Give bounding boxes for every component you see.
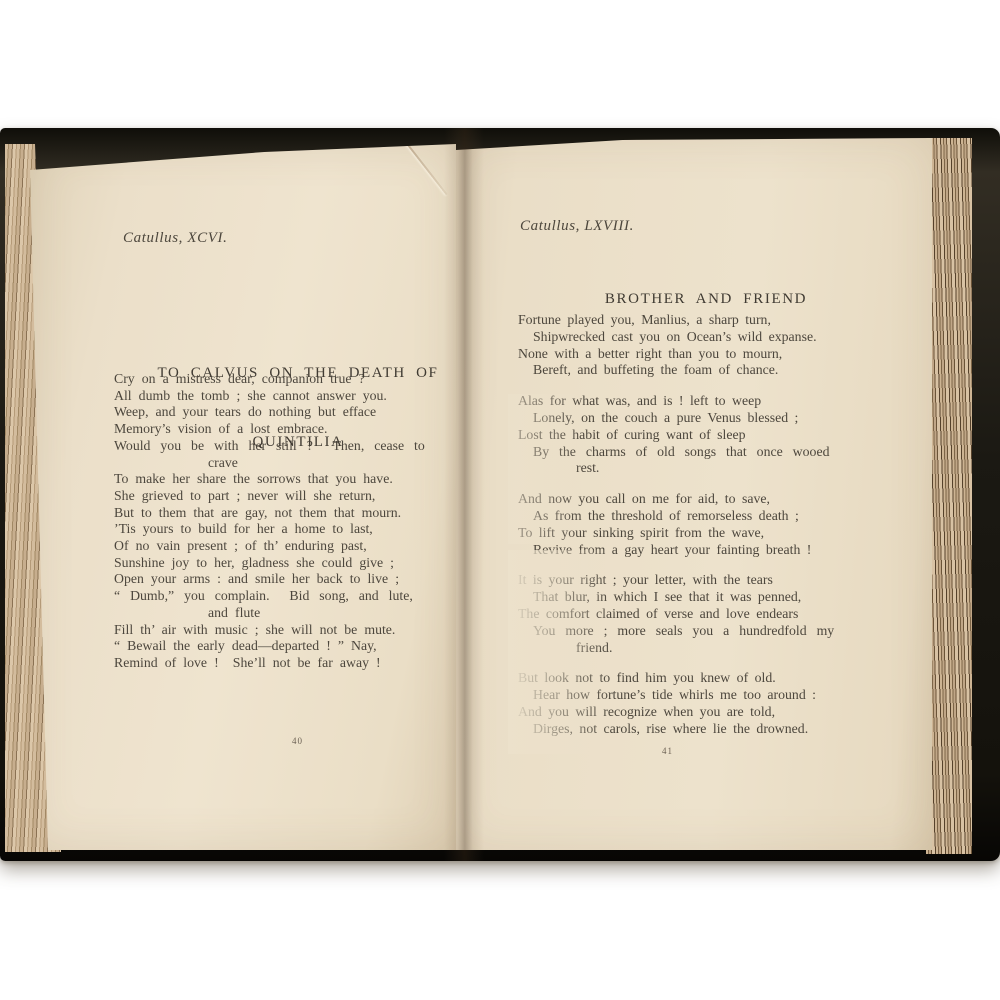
- stanza: But look not to find him you knew of old…: [518, 670, 928, 737]
- right-page-header: Catullus, LXVIII.: [520, 218, 634, 235]
- poem-line: The comfort claimed of verse and love en…: [518, 606, 928, 623]
- poem-line: Weep, and your tears do nothing but effa…: [114, 404, 454, 421]
- stanza: Fortune played you, Manlius, a sharp tur…: [518, 312, 928, 379]
- stanza: Alas for what was, and is ! left to weep…: [518, 393, 928, 477]
- poem-line: To make her share the sorrows that you h…: [114, 471, 454, 488]
- poem-line: And you will recognize when you are told…: [518, 704, 928, 721]
- poem-line: Sunshine joy to her, gladness she could …: [114, 555, 454, 572]
- stanza: It is your right ; your letter, with the…: [518, 572, 928, 656]
- stanza: And now you call on me for aid, to save,…: [518, 491, 928, 558]
- left-page-number: 40: [292, 736, 303, 746]
- page-edges-right: [926, 138, 972, 854]
- poem-line: Remind of love ! She’ll not be far away …: [114, 655, 454, 672]
- poem-line: It is your right ; your letter, with the…: [518, 572, 928, 589]
- right-poem: Fortune played you, Manlius, a sharp tur…: [518, 312, 928, 752]
- poem-line: “ Bewail the early dead—departed ! ” Nay…: [114, 638, 454, 655]
- poem-line: Of no vain present ; of th’ enduring pas…: [114, 538, 454, 555]
- poem-line: “ Dumb,” you complain. Bid song, and lut…: [114, 588, 454, 605]
- poem-line: And now you call on me for aid, to save,: [518, 491, 928, 508]
- right-poem-title: BROTHER AND FRIEND: [486, 288, 926, 311]
- poem-line: Lonely, on the couch a pure Venus blesse…: [518, 410, 928, 427]
- poem-line: Fortune played you, Manlius, a sharp tur…: [518, 312, 928, 329]
- poem-line: Would you be with her still ? Then, ceas…: [114, 438, 454, 455]
- poem-line: Alas for what was, and is ! left to weep: [518, 393, 928, 410]
- poem-line: But to them that are gay, not them that …: [114, 505, 454, 522]
- right-page: Catullus, LXVIII. BROTHER AND FRIEND For…: [456, 138, 932, 850]
- poem-line: ’Tis yours to build for her a home to la…: [114, 521, 454, 538]
- poem-line: Hear how fortune’s tide whirls me too ar…: [518, 687, 928, 704]
- poem-line: Dirges, not carols, rise where lie the d…: [518, 721, 928, 738]
- poem-line: Cry on a mistress dear, companion true ?: [114, 371, 454, 388]
- poem-line: crave: [114, 455, 454, 472]
- poem-line: She grieved to part ; never will she ret…: [114, 488, 454, 505]
- left-poem: Cry on a mistress dear, companion true ?…: [114, 371, 454, 672]
- left-page-header: Catullus, XCVI.: [123, 230, 227, 247]
- poem-line: Revive from a gay heart your fainting br…: [518, 542, 928, 559]
- poem-line: Memory’s vision of a lost embrace.: [114, 421, 454, 438]
- right-page-number: 41: [662, 746, 673, 756]
- poem-line: But look not to find him you knew of old…: [518, 670, 928, 687]
- book-photo: Catullus, XCVI. TO CALVUS ON THE DEATH O…: [0, 128, 1000, 861]
- poem-line: Fill th’ air with music ; she will not b…: [114, 622, 454, 639]
- poem-line: As from the threshold of remorseless dea…: [518, 508, 928, 525]
- poem-line: All dumb the tomb ; she cannot answer yo…: [114, 388, 454, 405]
- poem-line: By the charms of old songs that once woo…: [518, 444, 928, 461]
- page-crease: [405, 142, 447, 195]
- poem-line: and flute: [114, 605, 454, 622]
- poem-line: Open your arms : and smile her back to l…: [114, 571, 454, 588]
- poem-line: rest.: [518, 460, 928, 477]
- poem-line: You more ; more seals you a hundredfold …: [518, 623, 928, 640]
- poem-line: To lift your sinking spirit from the wav…: [518, 525, 928, 542]
- poem-line: None with a better right than you to mou…: [518, 346, 928, 363]
- poem-line: Lost the habit of curing want of sleep: [518, 427, 928, 444]
- left-page: Catullus, XCVI. TO CALVUS ON THE DEATH O…: [30, 144, 456, 850]
- poem-line: friend.: [518, 640, 928, 657]
- poem-line: Shipwrecked cast you on Ocean’s wild exp…: [518, 329, 928, 346]
- poem-line: That blur, in which I see that it was pe…: [518, 589, 928, 606]
- poem-line: Bereft, and buffeting the foam of chance…: [518, 362, 928, 379]
